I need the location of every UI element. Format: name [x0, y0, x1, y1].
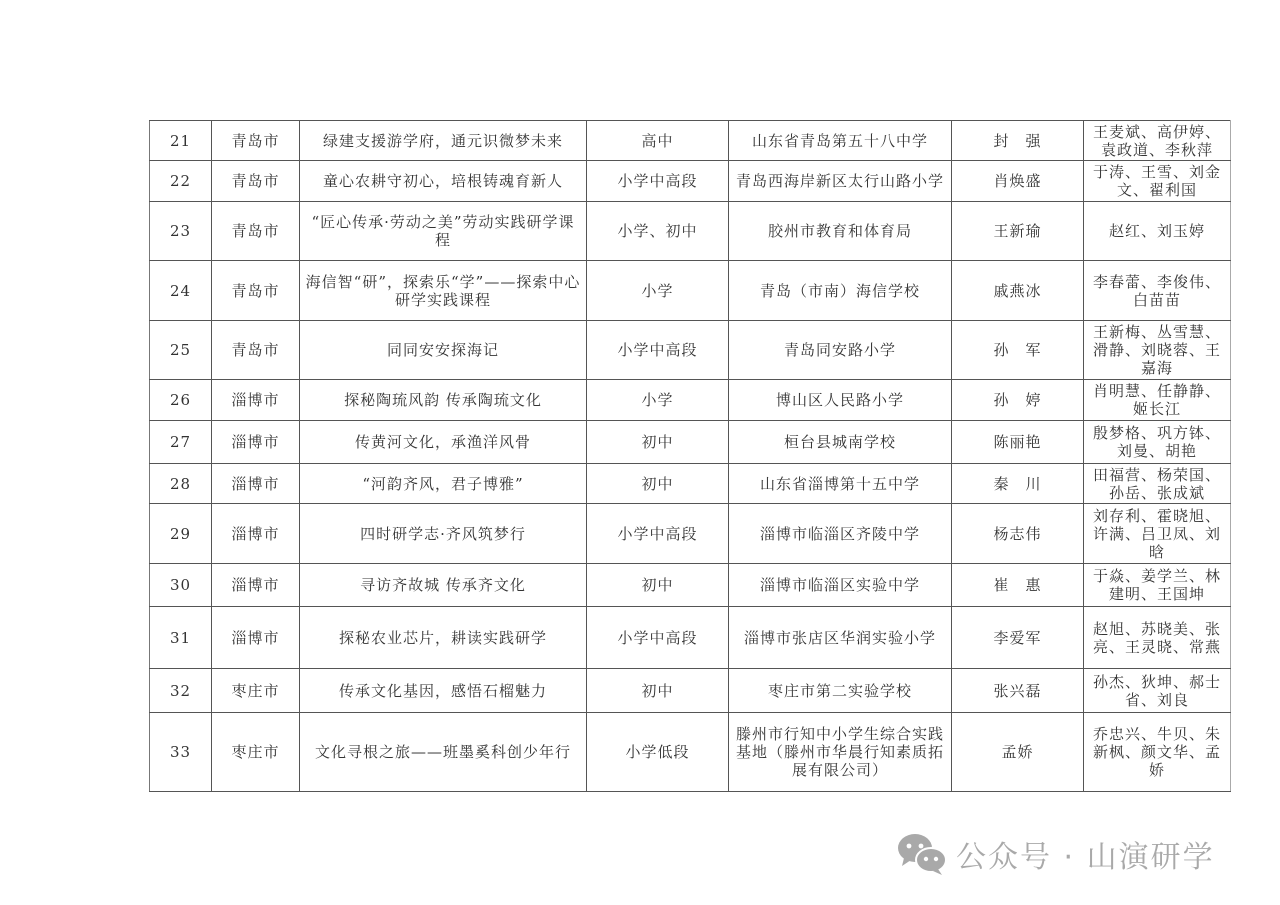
course-title-cell: “匠心传承·劳动之美”劳动实践研学课程	[300, 202, 587, 261]
course-title-cell: 四时研学志·齐风筑梦行	[300, 504, 587, 564]
leader-cell: 张兴磊	[952, 669, 1084, 713]
unit-cell: 淄博市张店区华润实验小学	[729, 607, 952, 669]
unit-cell: 山东省青岛第五十八中学	[729, 121, 952, 161]
school-level-cell: 小学中高段	[587, 161, 729, 202]
leader-cell: 肖焕盛	[952, 161, 1084, 202]
members-cell: 田福营、杨荣国、孙岳、张成斌	[1084, 464, 1231, 504]
unit-cell: 滕州市行知中小学生综合实践基地（滕州市华晨行知素质拓展有限公司）	[729, 713, 952, 792]
members-cell: 王麦斌、高伊婷、袁政道、李秋萍	[1084, 121, 1231, 161]
members-cell: 乔忠兴、牛贝、朱新枫、颜文华、孟娇	[1084, 713, 1231, 792]
course-title-cell: 绿建支援游学府，通元识微梦未来	[300, 121, 587, 161]
city-cell: 淄博市	[212, 607, 300, 669]
school-level-cell: 初中	[587, 564, 729, 607]
leader-cell: 戚燕冰	[952, 261, 1084, 321]
city-cell: 淄博市	[212, 504, 300, 564]
unit-cell: 胶州市教育和体育局	[729, 202, 952, 261]
unit-cell: 青岛西海岸新区太行山路小学	[729, 161, 952, 202]
members-cell: 王新梅、丛雪慧、滑静、刘晓蓉、王嘉海	[1084, 321, 1231, 380]
leader-cell: 孟娇	[952, 713, 1084, 792]
wechat-icon	[896, 832, 948, 876]
course-title-cell: 童心农耕守初心，培根铸魂育新人	[300, 161, 587, 202]
table-row: 23青岛市“匠心传承·劳动之美”劳动实践研学课程小学、初中胶州市教育和体育局王新…	[150, 202, 1231, 261]
leader-cell: 孙 军	[952, 321, 1084, 380]
leader-cell: 秦 川	[952, 464, 1084, 504]
row-number: 27	[150, 421, 212, 464]
city-cell: 青岛市	[212, 121, 300, 161]
table-row: 28淄博市“河韵齐风，君子博雅”初中山东省淄博第十五中学秦 川田福营、杨荣国、孙…	[150, 464, 1231, 504]
table-row: 33枣庄市文化寻根之旅——班墨奚科创少年行小学低段滕州市行知中小学生综合实践基地…	[150, 713, 1231, 792]
school-level-cell: 小学中高段	[587, 607, 729, 669]
award-list-table: 21青岛市绿建支援游学府，通元识微梦未来高中山东省青岛第五十八中学封 强王麦斌、…	[149, 120, 1231, 792]
table-row: 22青岛市童心农耕守初心，培根铸魂育新人小学中高段青岛西海岸新区太行山路小学肖焕…	[150, 161, 1231, 202]
leader-cell: 封 强	[952, 121, 1084, 161]
course-title-cell: 传承文化基因，感悟石榴魅力	[300, 669, 587, 713]
course-title-cell: 寻访齐故城 传承齐文化	[300, 564, 587, 607]
table-body: 21青岛市绿建支援游学府，通元识微梦未来高中山东省青岛第五十八中学封 强王麦斌、…	[150, 121, 1231, 792]
unit-cell: 青岛同安路小学	[729, 321, 952, 380]
school-level-cell: 小学、初中	[587, 202, 729, 261]
leader-cell: 王新瑜	[952, 202, 1084, 261]
table-row: 29淄博市四时研学志·齐风筑梦行小学中高段淄博市临淄区齐陵中学杨志伟刘存利、霍晓…	[150, 504, 1231, 564]
row-number: 33	[150, 713, 212, 792]
table-row: 26淄博市探秘陶琉风韵 传承陶琉文化小学博山区人民路小学孙 婷肖明慧、任静静、姬…	[150, 380, 1231, 421]
school-level-cell: 小学	[587, 261, 729, 321]
school-level-cell: 初中	[587, 421, 729, 464]
unit-cell: 枣庄市第二实验学校	[729, 669, 952, 713]
city-cell: 青岛市	[212, 202, 300, 261]
members-cell: 肖明慧、任静静、姬长江	[1084, 380, 1231, 421]
row-number: 22	[150, 161, 212, 202]
members-cell: 孙杰、狄坤、郝士省、刘良	[1084, 669, 1231, 713]
row-number: 32	[150, 669, 212, 713]
city-cell: 青岛市	[212, 321, 300, 380]
school-level-cell: 初中	[587, 464, 729, 504]
unit-cell: 博山区人民路小学	[729, 380, 952, 421]
members-cell: 李春蕾、李俊伟、白苗苗	[1084, 261, 1231, 321]
city-cell: 枣庄市	[212, 713, 300, 792]
city-cell: 淄博市	[212, 421, 300, 464]
course-title-cell: 传黄河文化，承渔洋风骨	[300, 421, 587, 464]
wechat-watermark: 公众号 · 山演研学	[896, 832, 1215, 876]
unit-cell: 淄博市临淄区齐陵中学	[729, 504, 952, 564]
members-cell: 于焱、姜学兰、林建明、王国坤	[1084, 564, 1231, 607]
school-level-cell: 初中	[587, 669, 729, 713]
table-row: 25青岛市同同安安探海记小学中高段青岛同安路小学孙 军王新梅、丛雪慧、滑静、刘晓…	[150, 321, 1231, 380]
table-row: 32枣庄市传承文化基因，感悟石榴魅力初中枣庄市第二实验学校张兴磊孙杰、狄坤、郝士…	[150, 669, 1231, 713]
leader-cell: 杨志伟	[952, 504, 1084, 564]
row-number: 26	[150, 380, 212, 421]
table-row: 27淄博市传黄河文化，承渔洋风骨初中桓台县城南学校陈丽艳殷梦格、巩方钵、刘曼、胡…	[150, 421, 1231, 464]
city-cell: 淄博市	[212, 464, 300, 504]
unit-cell: 淄博市临淄区实验中学	[729, 564, 952, 607]
course-title-cell: 海信智“研”，探索乐“学”——探索中心研学实践课程	[300, 261, 587, 321]
table-row: 24青岛市海信智“研”，探索乐“学”——探索中心研学实践课程小学青岛（市南）海信…	[150, 261, 1231, 321]
city-cell: 淄博市	[212, 564, 300, 607]
watermark-text: 公众号 · 山演研学	[956, 832, 1215, 876]
city-cell: 青岛市	[212, 161, 300, 202]
school-level-cell: 小学	[587, 380, 729, 421]
school-level-cell: 小学中高段	[587, 321, 729, 380]
course-title-cell: 同同安安探海记	[300, 321, 587, 380]
table-row: 21青岛市绿建支援游学府，通元识微梦未来高中山东省青岛第五十八中学封 强王麦斌、…	[150, 121, 1231, 161]
leader-cell: 陈丽艳	[952, 421, 1084, 464]
members-cell: 赵旭、苏晓美、张亮、王灵晓、常燕	[1084, 607, 1231, 669]
course-title-cell: “河韵齐风，君子博雅”	[300, 464, 587, 504]
row-number: 30	[150, 564, 212, 607]
course-title-cell: 探秘陶琉风韵 传承陶琉文化	[300, 380, 587, 421]
unit-cell: 桓台县城南学校	[729, 421, 952, 464]
row-number: 25	[150, 321, 212, 380]
table-row: 31淄博市探秘农业芯片，耕读实践研学小学中高段淄博市张店区华润实验小学李爱军赵旭…	[150, 607, 1231, 669]
row-number: 23	[150, 202, 212, 261]
leader-cell: 孙 婷	[952, 380, 1084, 421]
course-title-cell: 文化寻根之旅——班墨奚科创少年行	[300, 713, 587, 792]
row-number: 21	[150, 121, 212, 161]
members-cell: 刘存利、霍晓旭、许满、吕卫凤、刘晗	[1084, 504, 1231, 564]
unit-cell: 山东省淄博第十五中学	[729, 464, 952, 504]
leader-cell: 崔 惠	[952, 564, 1084, 607]
school-level-cell: 高中	[587, 121, 729, 161]
row-number: 28	[150, 464, 212, 504]
course-title-cell: 探秘农业芯片，耕读实践研学	[300, 607, 587, 669]
school-level-cell: 小学中高段	[587, 504, 729, 564]
row-number: 31	[150, 607, 212, 669]
school-level-cell: 小学低段	[587, 713, 729, 792]
row-number: 29	[150, 504, 212, 564]
table-row: 30淄博市寻访齐故城 传承齐文化初中淄博市临淄区实验中学崔 惠于焱、姜学兰、林建…	[150, 564, 1231, 607]
unit-cell: 青岛（市南）海信学校	[729, 261, 952, 321]
members-cell: 殷梦格、巩方钵、刘曼、胡艳	[1084, 421, 1231, 464]
members-cell: 赵红、刘玉婷	[1084, 202, 1231, 261]
city-cell: 青岛市	[212, 261, 300, 321]
leader-cell: 李爱军	[952, 607, 1084, 669]
row-number: 24	[150, 261, 212, 321]
city-cell: 淄博市	[212, 380, 300, 421]
members-cell: 于涛、王雪、刘金文、翟利国	[1084, 161, 1231, 202]
city-cell: 枣庄市	[212, 669, 300, 713]
